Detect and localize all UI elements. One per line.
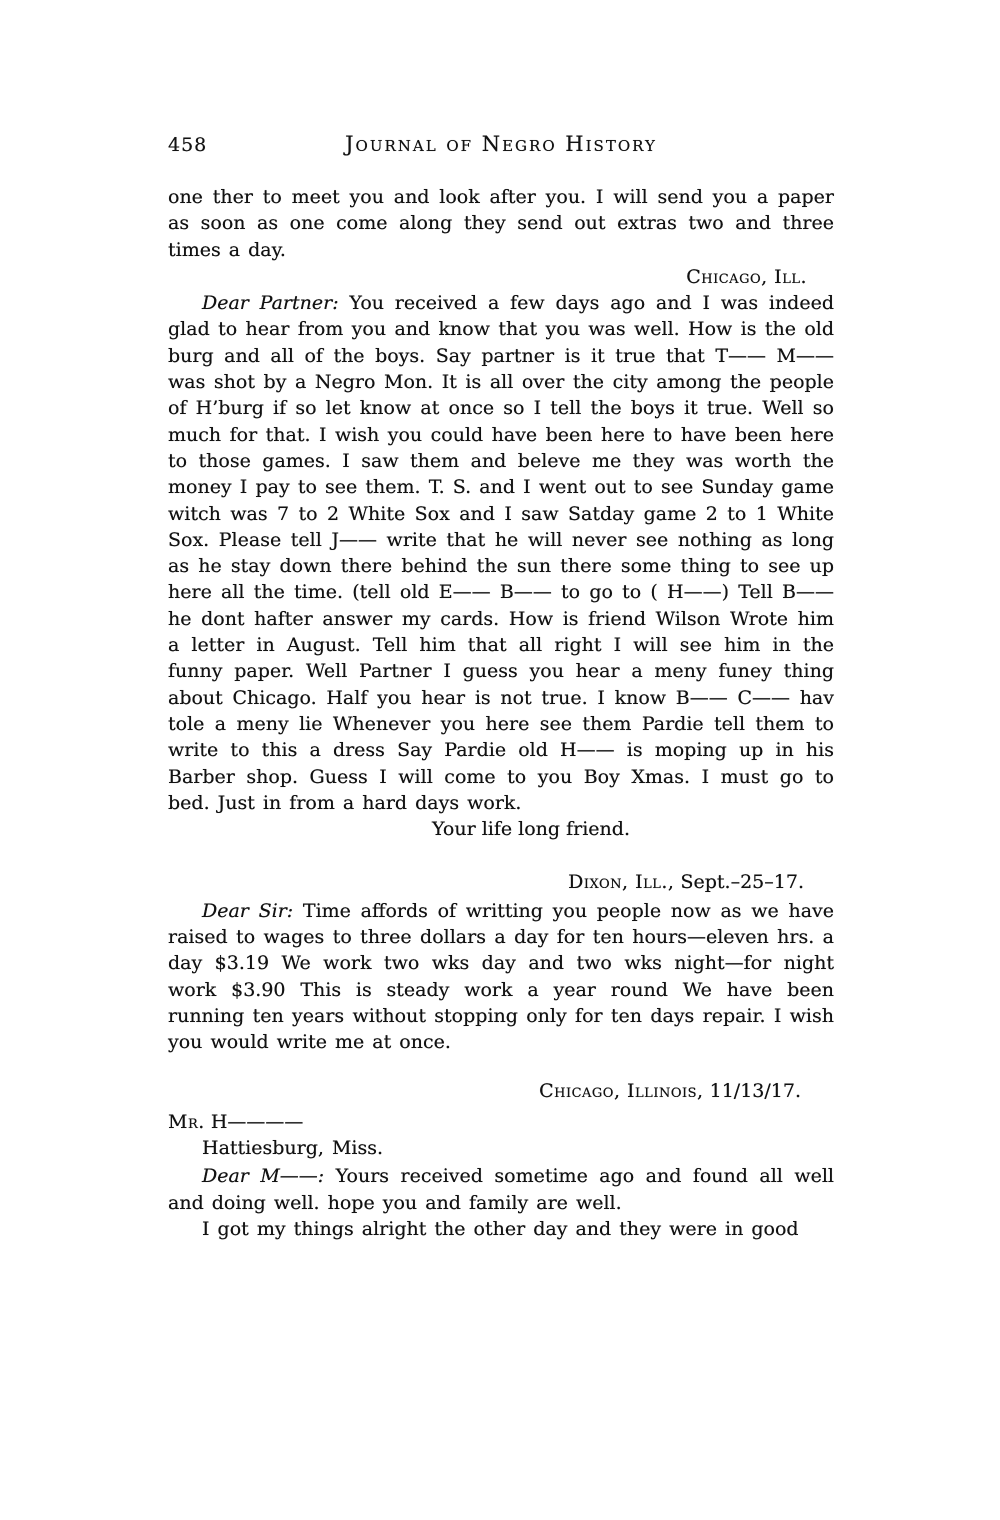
letter-partner-body: Dear Partner: You received a few days ag… [168,290,834,816]
addressee-city-line: Hattiesburg, Miss. [168,1135,834,1161]
dateline-date: Sept.–25–17. [681,871,805,893]
addressee-line: Mr. H———— [168,1109,834,1135]
running-head: 458 Journal of Negro History [168,132,834,160]
dateline-dixon-ill: Dixon, Ill., Sept.–25–17. [168,869,834,895]
letter-salutation: Dear Partner: [202,292,339,314]
page-number: 458 [168,134,207,156]
letter-salutation: Dear Sir: [202,900,293,922]
letter-dear-m-body: Dear M——: Yours received sometime ago an… [168,1163,834,1216]
text-column: 458 Journal of Negro History one ther to… [168,132,834,1242]
letter-body-text: You received a few days ago and I was in… [168,292,834,814]
letter-dear-m-body-continued: I got my things alright the other day an… [168,1216,834,1242]
letter-salutation: Dear M——: [202,1165,324,1187]
dateline-location: Chicago, Ill. [686,266,807,288]
letter-closing: Your life long friend. [168,816,834,842]
letter-body-text: Time affords of writting you people now … [168,900,834,1053]
dateline-chicago-ill: Chicago, Ill. [168,264,834,290]
dateline-date: 11/13/17. [710,1080,801,1102]
letter-continuation-paragraph: one ther to meet you and look after you.… [168,184,834,263]
dateline-location: Dixon, Ill., [568,871,674,893]
dateline-location: Chicago, Illinois, [539,1080,704,1102]
journal-title: Journal of Negro History [168,132,834,156]
addressee-name: H———— [211,1111,304,1133]
dateline-chicago-illinois: Chicago, Illinois, 11/13/17. [168,1078,834,1104]
addressee-title: Mr. [168,1111,205,1133]
letter-dear-sir-body: Dear Sir: Time affords of writting you p… [168,898,834,1056]
scanned-journal-page: 458 Journal of Negro History one ther to… [0,0,1000,1520]
